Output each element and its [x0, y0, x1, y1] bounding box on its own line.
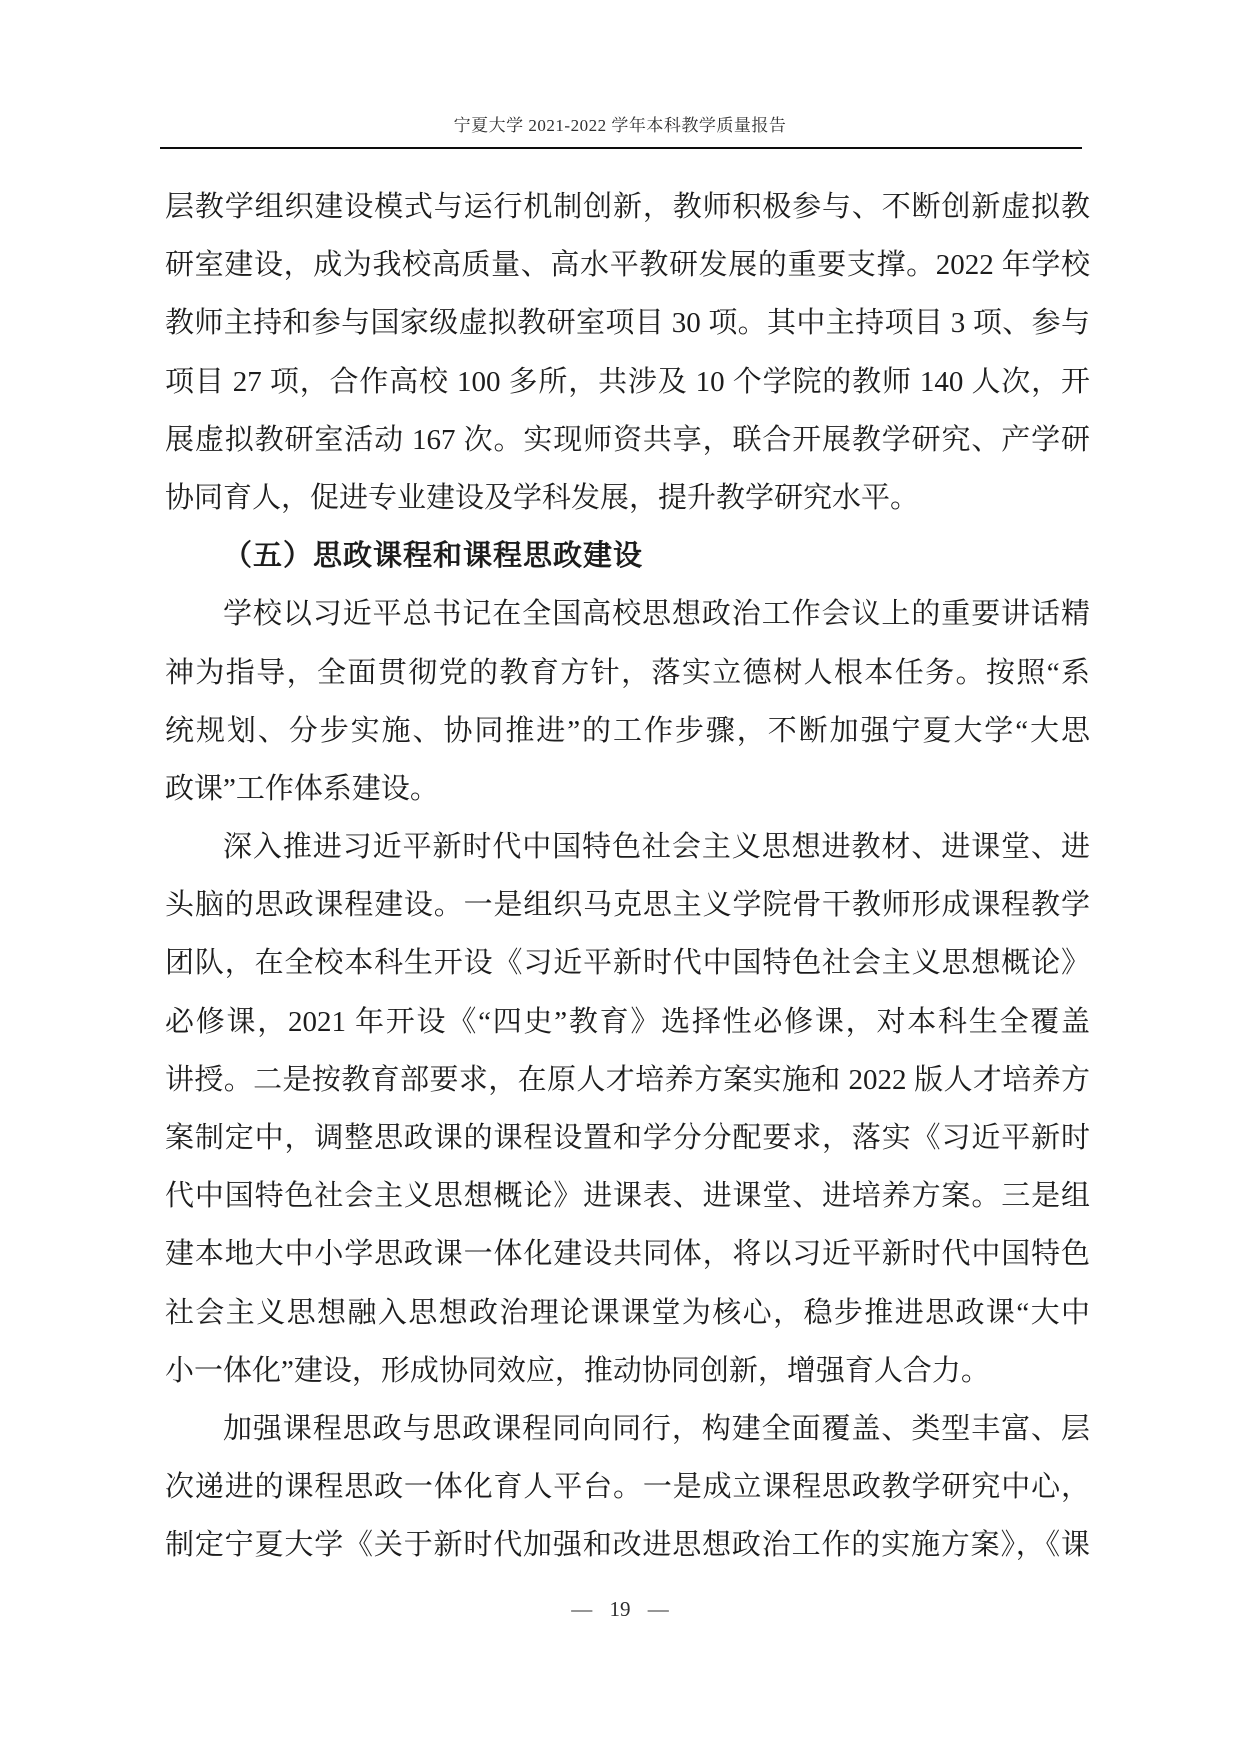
- paragraph-curriculum-ideology-platform: 加强课程思政与思政课程同向同行，构建全面覆盖、类型丰富、层 次递进的课程思政一体…: [165, 1400, 1090, 1575]
- text-line: 头脑的思政课程建设。一是组织马克思主义学院骨干教师形成课程教学: [165, 876, 1090, 934]
- paragraph-virtual-teaching-labs: 层教学组织建设模式与运行机制创新，教师积极参与、不断创新虚拟教 研室建设，成为我…: [165, 178, 1090, 527]
- section-heading-5: （五）思政课程和课程思政建设: [165, 527, 1090, 585]
- document-page: 宁夏大学 2021-2022 学年本科教学质量报告 层教学组织建设模式与运行机制…: [0, 0, 1240, 1753]
- header-rule: [160, 147, 1082, 149]
- page-number: — 19 —: [0, 1597, 1240, 1622]
- text-line: 社会主义思想融入思想政治理论课课堂为核心，稳步推进思政课“大中: [165, 1284, 1090, 1342]
- text-line: 项目 27 项，合作高校 100 多所，共涉及 10 个学院的教师 140 人次…: [165, 353, 1090, 411]
- text-line: 政课”工作体系建设。: [165, 760, 1090, 818]
- text-line: 建本地大中小学思政课一体化建设共同体，将以习近平新时代中国特色: [165, 1225, 1090, 1283]
- text-line: 必修课，2021 年开设《“四史”教育》选择性必修课，对本科生全覆盖: [165, 993, 1090, 1051]
- paragraph-ideological-courses: 深入推进习近平新时代中国特色社会主义思想进教材、进课堂、进 头脑的思政课程建设。…: [165, 818, 1090, 1400]
- text-line: 学校以习近平总书记在全国高校思想政治工作会议上的重要讲话精: [165, 585, 1090, 643]
- paragraph-guiding-principles: 学校以习近平总书记在全国高校思想政治工作会议上的重要讲话精 神为指导，全面贯彻党…: [165, 585, 1090, 818]
- text-line: 团队，在全校本科生开设《习近平新时代中国特色社会主义思想概论》: [165, 934, 1090, 992]
- text-line: 次递进的课程思政一体化育人平台。一是成立课程思政教学研究中心，: [165, 1458, 1090, 1516]
- text-line: 统规划、分步实施、协同推进”的工作步骤，不断加强宁夏大学“大思: [165, 702, 1090, 760]
- document-body: 层教学组织建设模式与运行机制创新，教师积极参与、不断创新虚拟教 研室建设，成为我…: [165, 178, 1090, 1575]
- text-line: 研室建设，成为我校高质量、高水平教研发展的重要支撑。2022 年学校: [165, 236, 1090, 294]
- section-heading-text: （五）思政课程和课程思政建设: [165, 527, 1090, 585]
- text-line: 深入推进习近平新时代中国特色社会主义思想进教材、进课堂、进: [165, 818, 1090, 876]
- text-line: 制定宁夏大学《关于新时代加强和改进思想政治工作的实施方案》，《课: [165, 1516, 1090, 1574]
- text-line: 代中国特色社会主义思想概论》进课表、进课堂、进培养方案。三是组: [165, 1167, 1090, 1225]
- text-line: 展虚拟教研室活动 167 次。实现师资共享，联合开展教学研究、产学研: [165, 411, 1090, 469]
- text-line: 案制定中，调整思政课的课程设置和学分分配要求，落实《习近平新时: [165, 1109, 1090, 1167]
- text-line: 教师主持和参与国家级虚拟教研室项目 30 项。其中主持项目 3 项、参与: [165, 294, 1090, 352]
- text-line: 小一体化”建设，形成协同效应，推动协同创新，增强育人合力。: [165, 1342, 1090, 1400]
- text-line: 加强课程思政与思政课程同向同行，构建全面覆盖、类型丰富、层: [165, 1400, 1090, 1458]
- text-line: 神为指导，全面贯彻党的教育方针，落实立德树人根本任务。按照“系: [165, 644, 1090, 702]
- page-header-title: 宁夏大学 2021-2022 学年本科教学质量报告: [0, 111, 1240, 136]
- text-line: 协同育人，促进专业建设及学科发展，提升教学研究水平。: [165, 469, 1090, 527]
- text-line: 讲授。二是按教育部要求，在原人才培养方案实施和 2022 版人才培养方: [165, 1051, 1090, 1109]
- text-line: 层教学组织建设模式与运行机制创新，教师积极参与、不断创新虚拟教: [165, 178, 1090, 236]
